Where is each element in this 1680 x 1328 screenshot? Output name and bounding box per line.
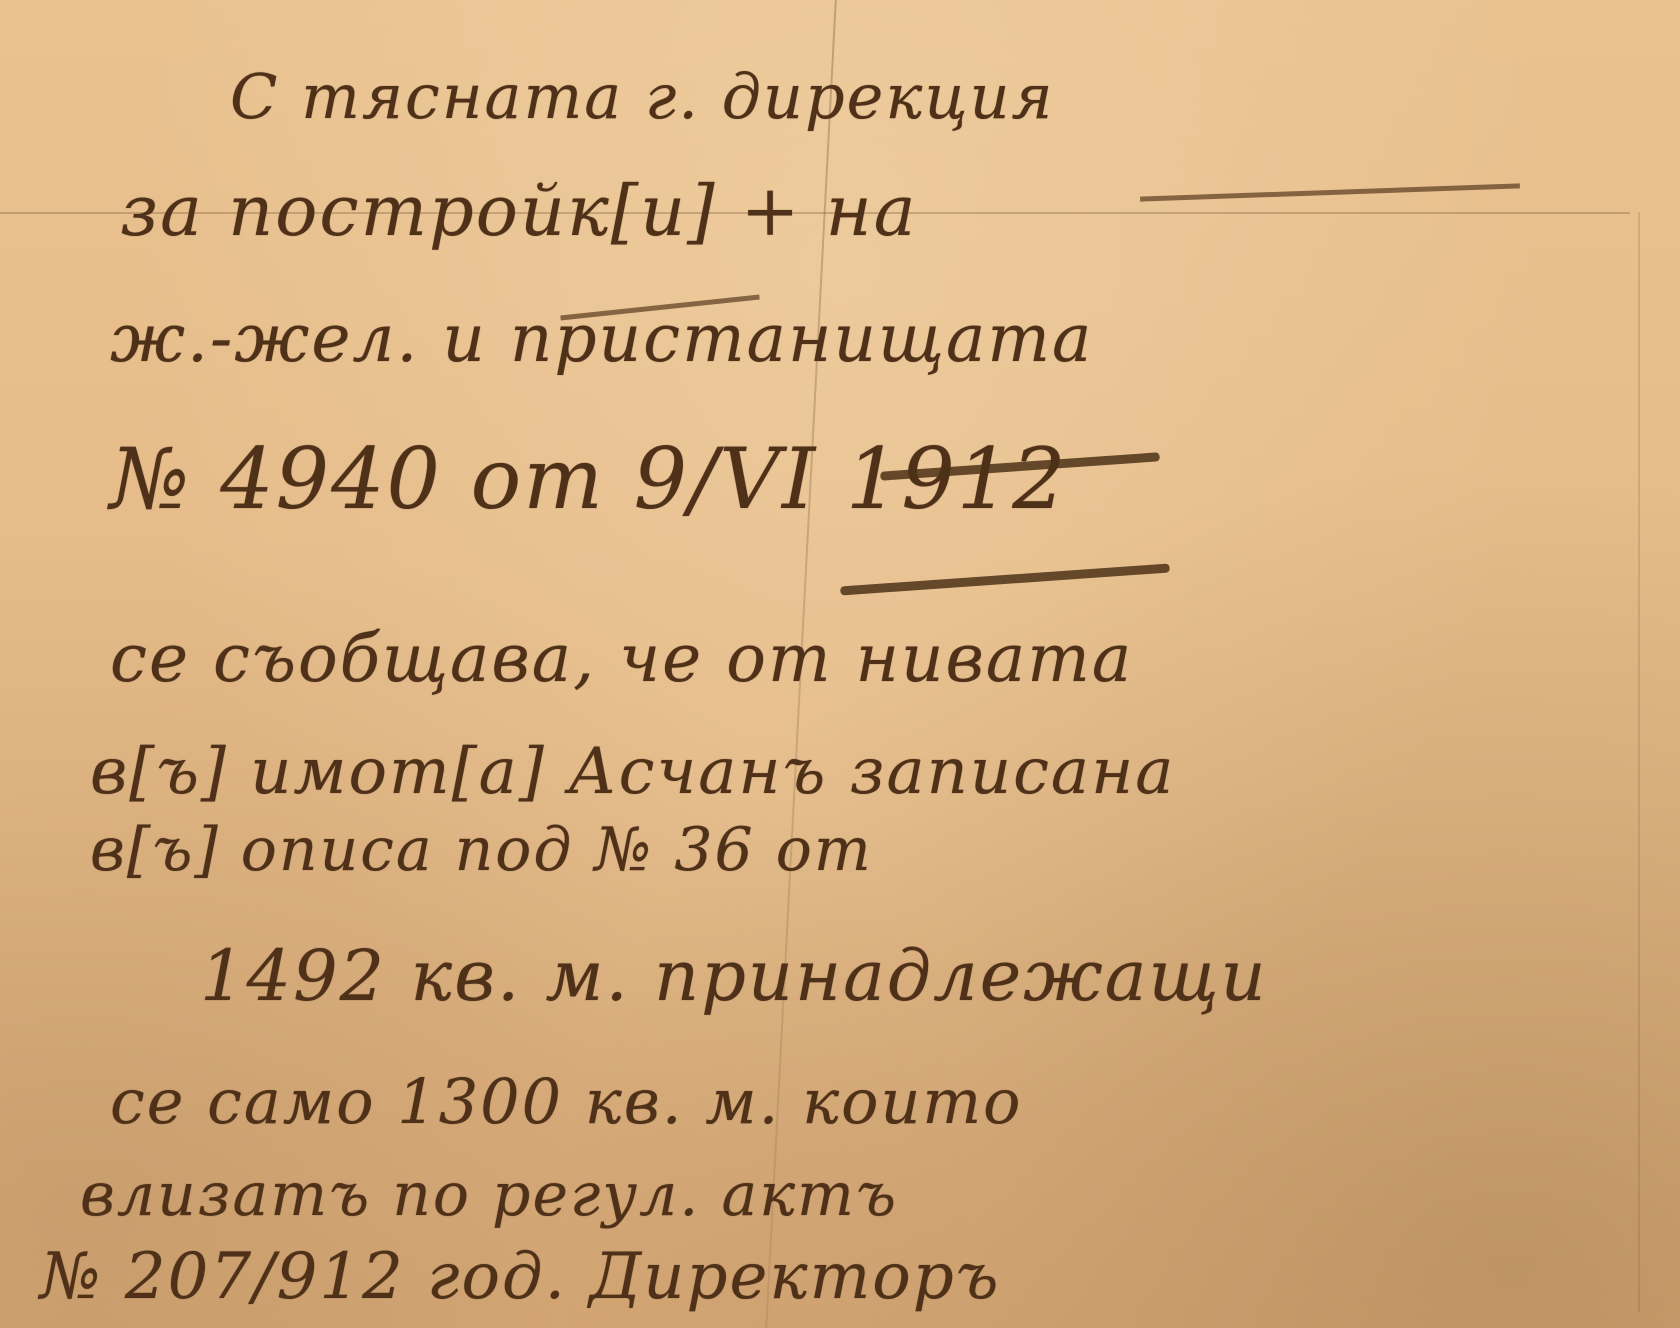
handwritten-line-5: се съобщава, че от нивата <box>110 620 1133 697</box>
handwritten-line-3: ж.-жел. и пристанищата <box>110 300 1093 377</box>
handwritten-line-1: С тясната г. дирекция <box>230 60 1055 133</box>
handwritten-line-11-signature: № 207/912 год. Директоръ <box>40 1240 1000 1314</box>
paper-edge-shadow <box>1638 212 1640 1312</box>
handwritten-line-2: за постройк[и] + на <box>120 170 918 252</box>
handwritten-line-10: влизатъ по регул. актъ <box>80 1160 898 1230</box>
handwritten-line-9: се само 1300 кв. м. които <box>110 1065 1023 1138</box>
handwritten-line-8: 1492 кв. м. принадлежащи <box>200 935 1268 1017</box>
handwritten-line-4-reference-date: № 4940 от 9/VI 1912 <box>110 430 1068 528</box>
handwritten-line-6: в[ъ] имот[а] Асчанъ записана <box>90 735 1175 809</box>
handwritten-line-7: в[ъ] описа под № 36 от <box>90 815 873 885</box>
